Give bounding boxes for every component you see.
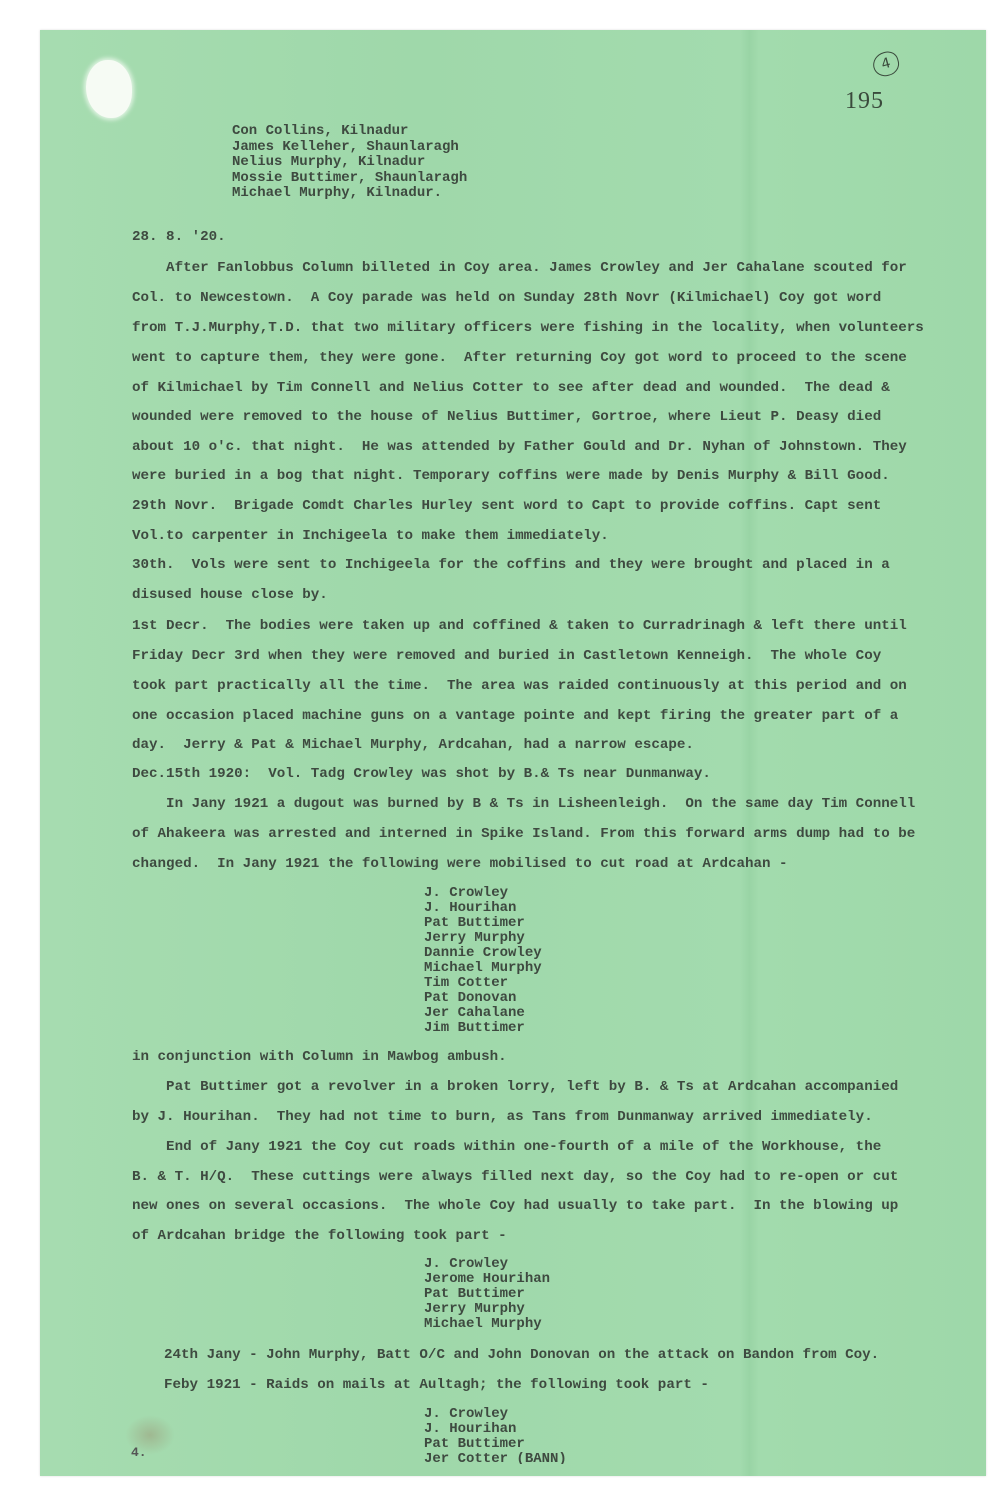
text-line: took part practically all the time. The … bbox=[132, 678, 907, 694]
text-line: of Ahakeera was arrested and interned in… bbox=[132, 826, 915, 842]
page-number: 4. bbox=[131, 1445, 147, 1460]
list-item: J. Crowley bbox=[424, 1257, 550, 1272]
text-line: day. Jerry & Pat & Michael Murphy, Ardca… bbox=[132, 737, 694, 753]
list-item: Tim Cotter bbox=[424, 976, 542, 991]
list-item: Jer Cotter (BANN) bbox=[424, 1452, 567, 1464]
text-line: Pat Buttimer got a revolver in a broken … bbox=[132, 1079, 898, 1095]
text-line: Dec.15th 1920: Vol. Tadg Crowley was sho… bbox=[132, 766, 711, 782]
text-line: by J. Hourihan. They had not time to bur… bbox=[132, 1109, 873, 1125]
list-item: Pat Buttimer bbox=[424, 1287, 550, 1302]
text-line: Vol.to carpenter in Inchigeela to make t… bbox=[132, 528, 609, 544]
addressee: Michael Murphy, Kilnadur. bbox=[232, 186, 467, 202]
list-item: Jerry Murphy bbox=[424, 931, 542, 946]
list-item: J. Crowley bbox=[424, 1407, 567, 1422]
addressee-list: Con Collins, Kilnadur James Kelleher, Sh… bbox=[232, 124, 467, 202]
text-line: 29th Novr. Brigade Comdt Charles Hurley … bbox=[132, 498, 881, 514]
list-item: Jim Buttimer bbox=[424, 1021, 542, 1036]
text-line: disused house close by. bbox=[132, 587, 328, 603]
text-line: Friday Decr 3rd when they were removed a… bbox=[132, 648, 881, 664]
text-line: 1st Decr. The bodies were taken up and c… bbox=[132, 618, 907, 634]
list-item: Michael Murphy bbox=[424, 961, 542, 976]
list-item: Michael Murphy bbox=[424, 1317, 550, 1332]
addressee: Con Collins, Kilnadur bbox=[232, 124, 467, 140]
text-line: in conjunction with Column in Mawbog amb… bbox=[132, 1049, 507, 1065]
list-item: Pat Donovan bbox=[424, 991, 542, 1006]
list-item: J. Hourihan bbox=[424, 901, 542, 916]
list-item: J. Crowley bbox=[424, 886, 542, 901]
name-list-road-cutting: J. Crowley J. Hourihan Pat Buttimer Jerr… bbox=[424, 886, 542, 1036]
addressee: James Kelleher, Shaunlaragh bbox=[232, 140, 467, 156]
text-line: In Jany 1921 a dugout was burned by B & … bbox=[132, 796, 915, 812]
list-item: Jer Cahalane bbox=[424, 1006, 542, 1021]
text-line: Feby 1921 - Raids on mails at Aultagh; t… bbox=[164, 1377, 709, 1393]
list-item: Pat Buttimer bbox=[424, 916, 542, 931]
date-heading: 28. 8. '20. bbox=[132, 229, 226, 245]
text-line: 30th. Vols were sent to Inchigeela for t… bbox=[132, 557, 890, 573]
list-item: Pat Buttimer bbox=[424, 1437, 567, 1452]
text-line: changed. In Jany 1921 the following were… bbox=[132, 856, 788, 872]
text-line: of Ardcahan bridge the following took pa… bbox=[132, 1228, 507, 1244]
text-line: B. & T. H/Q. These cuttings were always … bbox=[132, 1169, 898, 1185]
text-line: new ones on several occasions. The whole… bbox=[132, 1198, 898, 1214]
addressee: Nelius Murphy, Kilnadur bbox=[232, 155, 467, 171]
text-line: Col. to Newcestown. A Coy parade was hel… bbox=[132, 290, 881, 306]
text-line: wounded were removed to the house of Nel… bbox=[132, 409, 881, 425]
folio-number: 195 bbox=[845, 88, 884, 115]
punch-hole bbox=[86, 60, 132, 118]
list-item: Dannie Crowley bbox=[424, 946, 542, 961]
text-line: about 10 o'c. that night. He was attende… bbox=[132, 439, 907, 455]
list-item: Jerry Murphy bbox=[424, 1302, 550, 1317]
text-line: one occasion placed machine guns on a va… bbox=[132, 708, 898, 724]
list-item: Jerome Hourihan bbox=[424, 1272, 550, 1287]
text-line: End of Jany 1921 the Coy cut roads withi… bbox=[132, 1139, 881, 1155]
name-list-mail-raid: J. Crowley J. Hourihan Pat Buttimer Jer … bbox=[424, 1407, 567, 1464]
text-line: from T.J.Murphy,T.D. that two military o… bbox=[132, 320, 924, 336]
list-item: J. Hourihan bbox=[424, 1422, 567, 1437]
text-line: 24th Jany - John Murphy, Batt O/C and Jo… bbox=[164, 1347, 879, 1363]
text-line: After Fanlobbus Column billeted in Coy a… bbox=[132, 260, 907, 276]
addressee: Mossie Buttimer, Shaunlaragh bbox=[232, 171, 467, 187]
name-list-bridge: J. Crowley Jerome Hourihan Pat Buttimer … bbox=[424, 1257, 550, 1332]
text-line: were buried in a bog that night. Tempora… bbox=[132, 468, 890, 484]
text-line: went to capture them, they were gone. Af… bbox=[132, 350, 907, 366]
text-line: of Kilmichael by Tim Connell and Nelius … bbox=[132, 380, 890, 396]
